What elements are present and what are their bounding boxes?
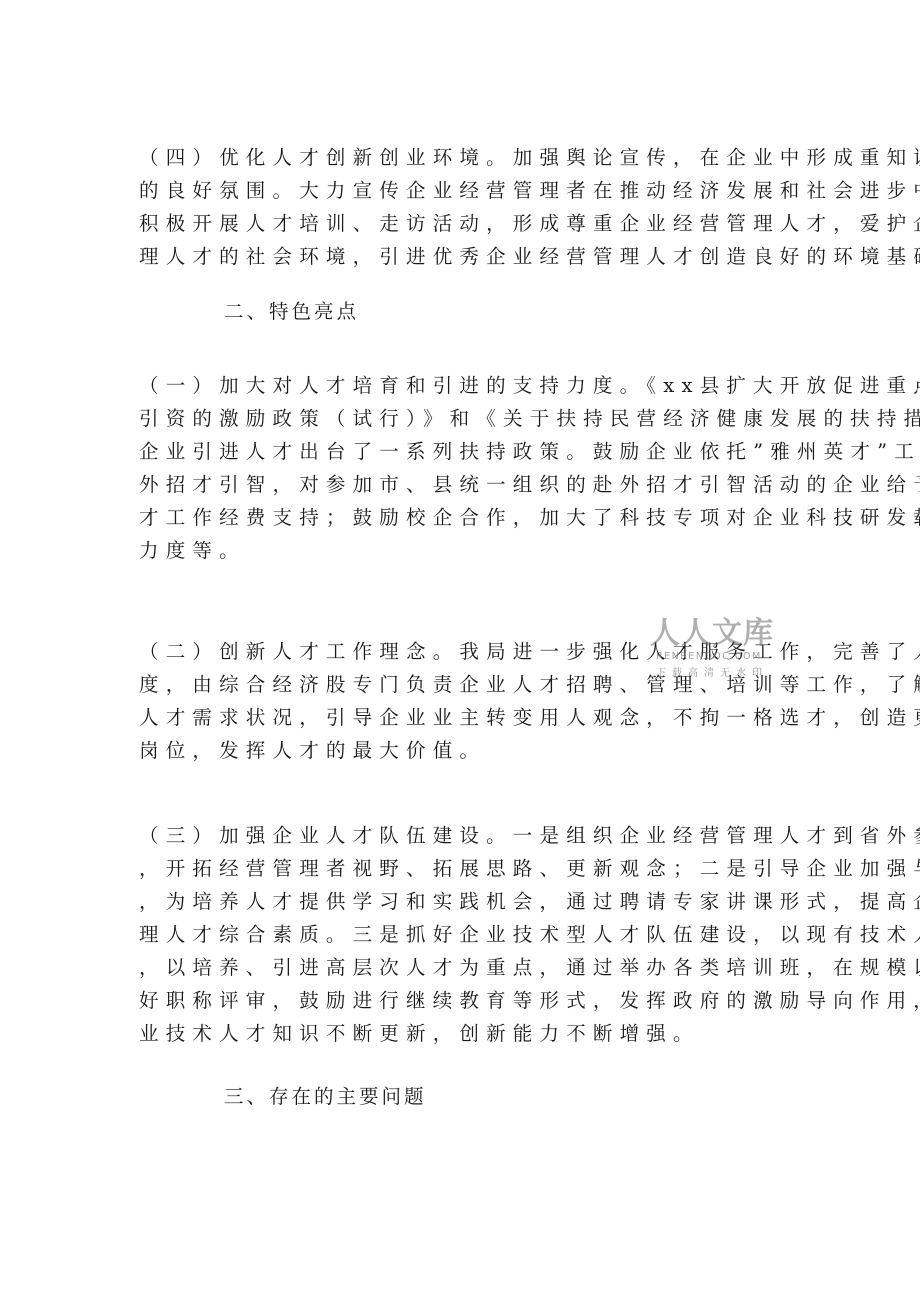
paragraph-1-line: 引资的激励政策（试行）》和《关于扶持民营经济健康发展的扶持措施》中对: [139, 404, 789, 434]
paragraph-4-line: （四）优化人才创新创业环境。加强舆论宣传，在企业中形成重知识、重人才: [139, 143, 789, 173]
paragraph-3-line: ，开拓经营管理者视野、拓展思路、更新观念；二是引导企业加强与高校合作: [139, 854, 789, 884]
paragraph-3-line: ，为培养人才提供学习和实践机会，通过聘请专家讲课形式，提高企业经营管: [139, 887, 789, 917]
paragraph-2-line: 人才需求状况，引导企业业主转变用人观念，不拘一格选才，创造更多的就业: [139, 703, 789, 733]
paragraph-1-line: （一）加大对人才培育和引进的支持力度。《xx县扩大开放促进重点产业招商: [139, 371, 789, 401]
document-page: （四）优化人才创新创业环境。加强舆论宣传，在企业中形成重知识、重人才 的良好氛围…: [0, 0, 920, 1302]
paragraph-1-line: 力度等。: [139, 536, 789, 566]
paragraph-3-line: 好职称评审，鼓励进行继续教育等形式，发挥政府的激励导向作用，确保了专: [139, 986, 789, 1016]
paragraph-1-line: 外招才引智，对参加市、县统一组织的赴外招才引智活动的企业给予一定的引: [139, 470, 789, 500]
paragraph-1-line: 企业引进人才出台了一系列扶持政策。鼓励企业依托”雅州英才”工程开展赴: [139, 437, 789, 467]
paragraph-2-line: 岗位，发挥人才的最大价值。: [139, 736, 789, 766]
section-heading-main-problems: 三、存在的主要问题: [224, 1082, 874, 1112]
paragraph-4-line: 理人才的社会环境，引进优秀企业经营管理人才创造良好的环境基础。: [139, 242, 789, 272]
paragraph-3-line: ，以培养、引进高层次人才为重点，通过举办各类培训班，在规模以上企业做: [139, 953, 789, 983]
paragraph-4-line: 的良好氛围。大力宣传企业经营管理者在推动经济发展和社会进步中的作用，: [139, 176, 789, 206]
paragraph-3-line: 理人才综合素质。三是抓好企业技术型人才队伍建设，以现有技术人才为基础: [139, 920, 789, 950]
section-heading-highlights: 二、特色亮点: [224, 297, 874, 327]
paragraph-1-line: 才工作经费支持；鼓励校企合作，加大了科技专项对企业科技研发载体的支持: [139, 503, 789, 533]
paragraph-2-line: 度，由综合经济股专门负责企业人才招聘、管理、培训等工作，了解收集企业: [139, 670, 789, 700]
paragraph-4-line: 积极开展人才培训、走访活动，形成尊重企业经营管理人才，爱护企业经营管: [139, 209, 789, 239]
paragraph-3-line: 业技术人才知识不断更新，创新能力不断增强。: [139, 1019, 789, 1049]
paragraph-2-line: （二）创新人才工作理念。我局进一步强化人才服务工作，完善了人才工作制: [139, 637, 789, 667]
paragraph-3-line: （三）加强企业人才队伍建设。一是组织企业经营管理人才到省外参观、学习: [139, 821, 789, 851]
